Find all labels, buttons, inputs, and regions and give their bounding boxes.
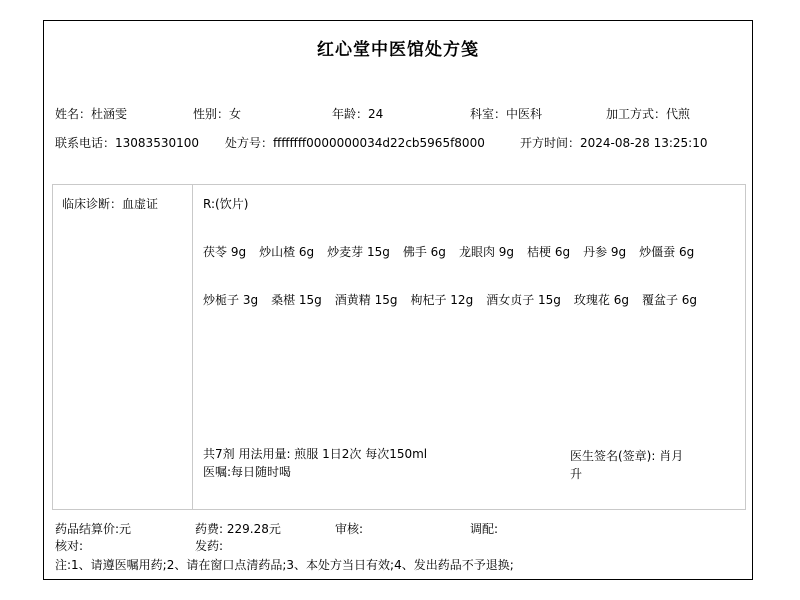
rx-number-field: 处方号：ffffffff0000000034d22cb5965f8000 — [225, 136, 485, 151]
doctor-signature-field: 医生签名(签章): 肖月升 — [570, 447, 692, 483]
herb-item: 枸杞子 12g — [410, 293, 473, 307]
advice-line: 医嘱:每日随时喝 — [203, 465, 291, 480]
diagnosis-label: 临床诊断： — [62, 197, 122, 211]
herb-item: 佛手 6g — [403, 245, 446, 259]
patient-gender-label: 性别： — [193, 107, 229, 121]
herb-item: 桑椹 15g — [271, 293, 322, 307]
page-title: 红心堂中医馆处方笺 — [43, 35, 753, 60]
herb-item: 酒黄精 15g — [335, 293, 398, 307]
phone-field: 联系电话：13083530100 — [55, 136, 199, 151]
prescription-box-divider — [192, 184, 193, 510]
patient-age-label: 年龄： — [332, 107, 368, 121]
issue-field: 发药: — [195, 539, 223, 554]
herb-row: 茯苓 9g炒山楂 6g炒麦芽 15g佛手 6g龙眼肉 9g桔梗 6g丹参 9g炒… — [203, 245, 743, 260]
herb-item: 酒女贞子 15g — [486, 293, 561, 307]
herb-item: 覆盆子 6g — [642, 293, 697, 307]
rx-number-value: ffffffff0000000034d22cb5965f8000 — [273, 136, 485, 150]
diagnosis-field: 临床诊断：血虚证 — [62, 197, 158, 212]
herb-item: 丹参 9g — [583, 245, 626, 259]
patient-gender-value: 女 — [229, 107, 241, 121]
phone-label: 联系电话： — [55, 136, 115, 150]
issued-time-field: 开方时间：2024-08-28 13:25:10 — [520, 136, 707, 151]
rx-number-label: 处方号： — [225, 136, 273, 150]
herb-item: 炒山楂 6g — [259, 245, 314, 259]
patient-age-field: 年龄：24 — [332, 107, 383, 122]
patient-name-field: 姓名：杜涵雯 — [55, 107, 127, 122]
herb-item: 炒麦芽 15g — [327, 245, 390, 259]
rx-header: R:(饮片) — [203, 197, 248, 212]
herb-item: 炒栀子 3g — [203, 293, 258, 307]
phone-value: 13083530100 — [115, 136, 199, 150]
herb-item: 玫瑰花 6g — [574, 293, 629, 307]
diagnosis-value: 血虚证 — [122, 197, 158, 211]
settle-price-field: 药品结算价:元 — [55, 522, 131, 537]
department-field: 科室：中医科 — [470, 107, 542, 122]
issued-time-value: 2024-08-28 13:25:10 — [580, 136, 707, 150]
herb-row: 炒栀子 3g桑椹 15g酒黄精 15g枸杞子 12g酒女贞子 15g玫瑰花 6g… — [203, 293, 743, 308]
patient-name-value: 杜涵雯 — [91, 107, 127, 121]
dispense-field: 调配: — [470, 522, 498, 537]
patient-gender-field: 性别：女 — [193, 107, 241, 122]
processing-method-field: 加工方式：代煎 — [606, 107, 690, 122]
processing-method-label: 加工方式： — [606, 107, 666, 121]
prescription-page: 红心堂中医馆处方笺 姓名：杜涵雯 性别：女 年龄：24 科室：中医科 加工方式：… — [0, 0, 800, 600]
review-field: 审核: — [335, 522, 363, 537]
herb-item: 龙眼肉 9g — [459, 245, 514, 259]
department-label: 科室： — [470, 107, 506, 121]
patient-age-value: 24 — [368, 107, 383, 121]
check-field: 核对: — [55, 539, 83, 554]
herb-item: 炒僵蚕 6g — [639, 245, 694, 259]
patient-name-label: 姓名： — [55, 107, 91, 121]
footer-note: 注:1、请遵医嘱用药;2、请在窗口点清药品;3、本处方当日有效;4、发出药品不予… — [55, 556, 514, 573]
doctor-signature-label: 医生签名(签章): — [570, 449, 659, 463]
fee-field: 药费: 229.28元 — [195, 522, 281, 537]
herb-item: 桔梗 6g — [527, 245, 570, 259]
usage-line: 共7剂 用法用量: 煎服 1日2次 每次150ml — [203, 447, 427, 462]
processing-method-value: 代煎 — [666, 107, 690, 121]
issued-time-label: 开方时间： — [520, 136, 580, 150]
herb-item: 茯苓 9g — [203, 245, 246, 259]
department-value: 中医科 — [506, 107, 542, 121]
